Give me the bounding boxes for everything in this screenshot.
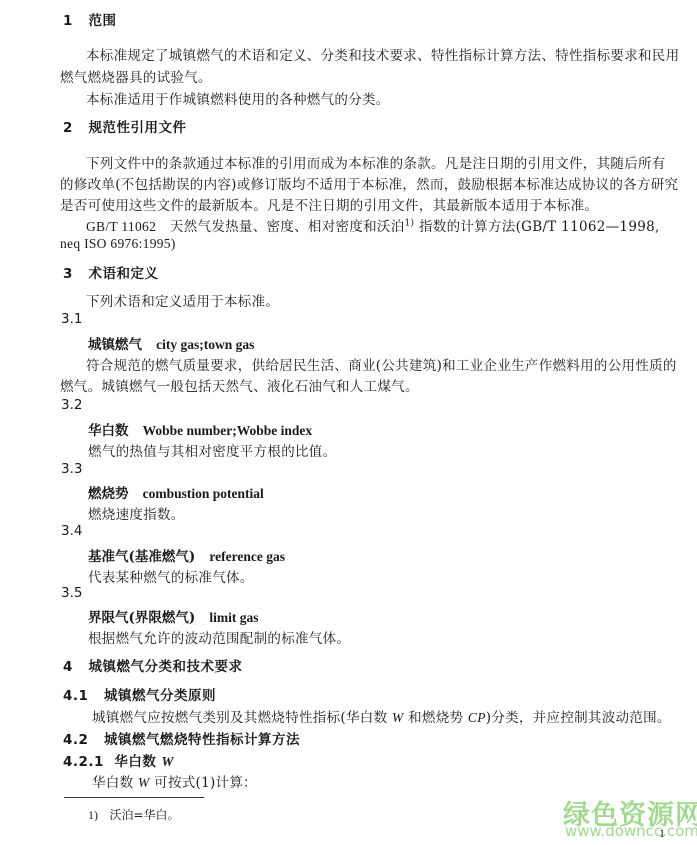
paragraph: 是否可使用这些文件的最新版本。凡是不注日期的引用文件，其最新版本适用于本标准。 [60, 194, 598, 214]
term-definition: 燃气。城镇燃气一般包括天然气、液化石油气和人工煤气。 [60, 375, 419, 395]
symbol-W: W [162, 754, 175, 769]
heading-title: 规范性引用文件 [89, 120, 187, 136]
heading-number: 4.2 [63, 732, 88, 748]
paragraph: 的修改单(不包括勘误的内容)或修订版均不适用于本标准，然而，鼓励根据本标准达成协… [60, 173, 678, 193]
footnote-text: 沃泊=华白。 [109, 808, 179, 822]
text: )分类，并应控制其波动范围。 [486, 710, 671, 726]
watermark-url: www.downcc.com [565, 822, 697, 840]
paragraph: 本标准规定了城镇燃气的术语和定义、分类和技术要求、特性指标计算方法、特性指标要求… [86, 44, 679, 64]
term-definition: 根据燃气允许的波动范围配制的标准气体。 [88, 627, 350, 647]
section-2-heading: 2 规范性引用文件 [63, 116, 187, 136]
term-en: reference gas [209, 549, 285, 564]
paragraph: 下列术语和定义适用于本标准。 [86, 290, 279, 310]
term-en: city gas;town gas [156, 337, 254, 352]
term-definition: 燃烧速度指数。 [88, 503, 185, 523]
term-cn: 燃烧势 [88, 486, 129, 502]
symbol-CP: CP [468, 710, 486, 725]
heading-number: 3 [63, 266, 73, 282]
term-heading: 城镇燃气 city gas;town gas [88, 333, 254, 353]
term-cn: 界限气(界限燃气) [88, 610, 195, 626]
page-number: 1 [659, 826, 665, 841]
heading-title: 城镇燃气分类原则 [104, 688, 216, 704]
text: 可按式(1)计算： [150, 775, 257, 791]
footnote: 1) 沃泊=华白。 [88, 806, 180, 823]
text: 华白数 [92, 775, 138, 791]
heading-title: 范围 [89, 13, 117, 29]
footnote-marker: 1) [405, 219, 415, 229]
term-en: limit gas [209, 610, 258, 625]
heading-number: 2 [63, 120, 73, 136]
subsection-4-1-heading: 4.1 城镇燃气分类原则 [63, 684, 216, 704]
heading-number: 4 [63, 659, 73, 675]
section-1-heading: 1 范围 [63, 9, 117, 29]
paragraph: 燃气燃烧器具的试验气。 [60, 66, 212, 86]
term-number: 3.4 [61, 523, 82, 539]
term-definition: 代表某种燃气的标准气体。 [88, 566, 254, 586]
term-cn: 基准气(基准燃气) [88, 549, 195, 565]
subsection-4-2-heading: 4.2 城镇燃气燃烧特性指标计算方法 [63, 728, 300, 748]
subsection-4-2-1-heading: 4.2.1 华白数 W [63, 750, 174, 770]
footnote-divider [64, 797, 204, 798]
heading-title: 城镇燃气燃烧特性指标计算方法 [104, 732, 300, 748]
paragraph: 本标准适用于作城镇燃料使用的各种燃气的分类。 [86, 88, 390, 108]
term-definition: 符合规范的燃气质量要求，供给居民生活、商业(公共建筑)和工业企业生产作燃料用的公… [86, 354, 677, 374]
paragraph: 华白数 W 可按式(1)计算： [92, 771, 257, 791]
term-number: 3.1 [61, 311, 82, 327]
term-number: 3.5 [61, 585, 82, 601]
reference-line-2: neq ISO 6976:1995) [60, 236, 176, 252]
term-number: 3.3 [61, 461, 82, 477]
term-number: 3.2 [61, 397, 82, 413]
paragraph: 下列文件中的条款通过本标准的引用而成为本标准的条款。凡是注日期的引用文件，其随后… [86, 152, 666, 172]
reference-code: GB/T 11062 [86, 219, 156, 234]
term-heading: 界限气(界限燃气) limit gas [88, 606, 259, 626]
normative-reference: GB/T 11062 天然气发热量、密度、相对密度和沃泊1) 指数的计算方法(G… [86, 215, 660, 235]
text: 和燃烧势 [404, 710, 468, 726]
heading-number: 4.1 [63, 688, 88, 704]
section-4-heading: 4 城镇燃气分类和技术要求 [63, 655, 243, 675]
term-en: Wobbe number;Wobbe index [143, 423, 313, 438]
reference-title: 天然气发热量、密度、相对密度和沃泊 [170, 219, 405, 235]
symbol-W: W [392, 710, 404, 725]
section-3-heading: 3 术语和定义 [63, 262, 159, 282]
symbol-W: W [138, 775, 150, 790]
term-en: combustion potential [143, 486, 264, 501]
heading-title: 华白数 [114, 754, 161, 770]
footnote-marker: 1) [88, 808, 98, 822]
term-heading: 燃烧势 combustion potential [88, 482, 264, 502]
text: 城镇燃气应按燃气类别及其燃烧特性指标(华白数 [92, 710, 392, 726]
term-cn: 华白数 [88, 423, 129, 439]
term-definition: 燃气的热值与其相对密度平方根的比值。 [88, 440, 336, 460]
heading-title: 术语和定义 [89, 266, 159, 282]
heading-number: 1 [63, 13, 73, 29]
term-heading: 华白数 Wobbe number;Wobbe index [88, 419, 312, 439]
term-cn: 城镇燃气 [88, 337, 142, 353]
paragraph: 城镇燃气应按燃气类别及其燃烧特性指标(华白数 W 和燃烧势 CP)分类，并应控制… [92, 706, 671, 726]
term-heading: 基准气(基准燃气) reference gas [88, 545, 285, 565]
reference-title-cont: 指数的计算方法(GB/T 11062—1998, [414, 219, 659, 235]
heading-title: 城镇燃气分类和技术要求 [89, 659, 243, 675]
heading-number: 4.2.1 [63, 754, 104, 770]
